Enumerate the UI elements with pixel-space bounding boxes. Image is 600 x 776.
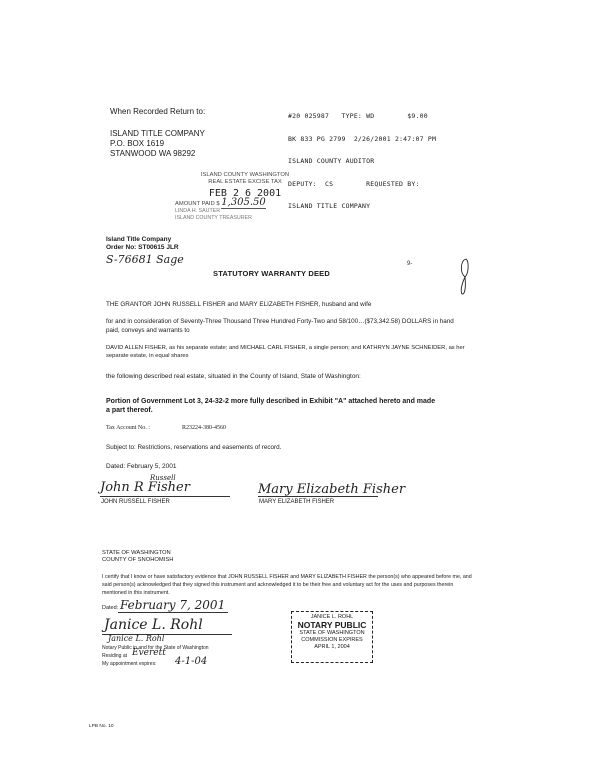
order-block: Island Title Company Order No: ST00615 J… [106, 236, 179, 252]
venue-state: STATE OF WASHINGTON [102, 550, 173, 557]
excise-paid: AMOUNT PAID $ 1,305.50 [165, 199, 325, 208]
return-address-line: P.O. BOX 1619 [110, 139, 205, 149]
notary-seal: JANICE L. ROHL NOTARY PUBLIC STATE OF WA… [291, 611, 373, 663]
excise-tax-stamp: ISLAND COUNTY WASHINGTON REAL ESTATE EXC… [165, 172, 325, 222]
seal-commission: COMMISSION EXPIRES [292, 637, 372, 644]
grantor-signature-2: Mary Elizabeth Fisher [258, 482, 405, 497]
seal-title: NOTARY PUBLIC [292, 621, 372, 630]
subject-to: Subject to: Restrictions, reservations a… [106, 444, 281, 451]
property-intro: the following described real estate, sit… [106, 373, 466, 382]
notary-printed-name: Janice L. Rohl [108, 634, 164, 643]
order-company: Island Title Company [106, 236, 179, 244]
residing-value: Everett [132, 648, 166, 658]
grantees-clause: DAVID ALLEN FISHER, as his separate esta… [106, 345, 466, 360]
handwritten-order-note: S-76681 Sage [106, 253, 184, 266]
tax-account-label: Tax Account No. : [106, 425, 150, 431]
form-number: LPB No. 10 [89, 724, 114, 729]
grantor-signature-1: John R Fisher [100, 480, 190, 495]
venue: STATE OF WASHINGTON COUNTY OF SNOHOMISH [102, 550, 173, 564]
excise-treasurer: LINDA H. SAUTER [165, 208, 325, 215]
return-address-line: STANWOOD WA 98292 [110, 149, 205, 159]
ack-dated-value: February 7, 2001 [120, 598, 225, 612]
document-title: STATUTORY WARRANTY DEED [213, 269, 330, 278]
ack-dated-label: Dated: [102, 605, 118, 611]
excise-title: REAL ESTATE EXCISE TAX [165, 179, 325, 186]
notary-certification: I certify that I know or have satisfacto… [102, 573, 472, 597]
deed-dated: Dated: February 5, 2001 [106, 463, 176, 470]
excise-date: FEB 2 6 2001 [165, 190, 325, 197]
expires-label: My appointment expires: [102, 661, 156, 667]
date-line [118, 612, 228, 613]
excise-paid-amount: 1,305.50 [221, 197, 266, 209]
seal-date: APRIL 1, 2004 [292, 644, 372, 651]
order-number: Order No: ST00615 JLR [106, 244, 179, 252]
expires-value: 4-1-04 [175, 656, 207, 667]
recording-line: #20 025987 TYPE: WD $9.00 [288, 113, 436, 121]
margin-initial-mark [458, 257, 472, 297]
seal-state: STATE OF WASHINGTON [292, 630, 372, 637]
legal-description: Portion of Government Lot 3, 24-32-2 mor… [106, 397, 436, 415]
excise-paid-label: AMOUNT PAID $ [175, 201, 220, 207]
grantor-name-2: MARY ELIZABETH FISHER [259, 499, 334, 505]
return-address: ISLAND TITLE COMPANY P.O. BOX 1619 STANW… [110, 129, 205, 159]
residing-label: Residing at [102, 653, 127, 659]
notary-signature: Janice L. Rohl [104, 617, 203, 633]
return-address-line: ISLAND TITLE COMPANY [110, 129, 205, 139]
grantor-clause: THE GRANTOR JOHN RUSSELL FISHER and MARY… [106, 301, 466, 310]
consideration-clause: for and in consideration of Seventy-Thre… [106, 318, 466, 335]
grantor-name-1: JOHN RUSSELL FISHER [101, 499, 170, 505]
signature-line [258, 496, 378, 497]
venue-county: COUNTY OF SNOHOMISH [102, 557, 173, 564]
return-to-heading: When Recorded Return to: [110, 107, 205, 116]
margin-note: 9- [407, 261, 412, 267]
recording-line: ISLAND COUNTY AUDITOR [288, 158, 436, 166]
signature-line [100, 496, 230, 497]
recording-line: BK 833 PG 2799 2/26/2001 2:47:07 PM [288, 136, 436, 144]
excise-office: ISLAND COUNTY TREASURER [165, 215, 325, 222]
excise-county: ISLAND COUNTY WASHINGTON [165, 172, 325, 179]
tax-account-value: R23224-380-4560 [182, 425, 226, 431]
